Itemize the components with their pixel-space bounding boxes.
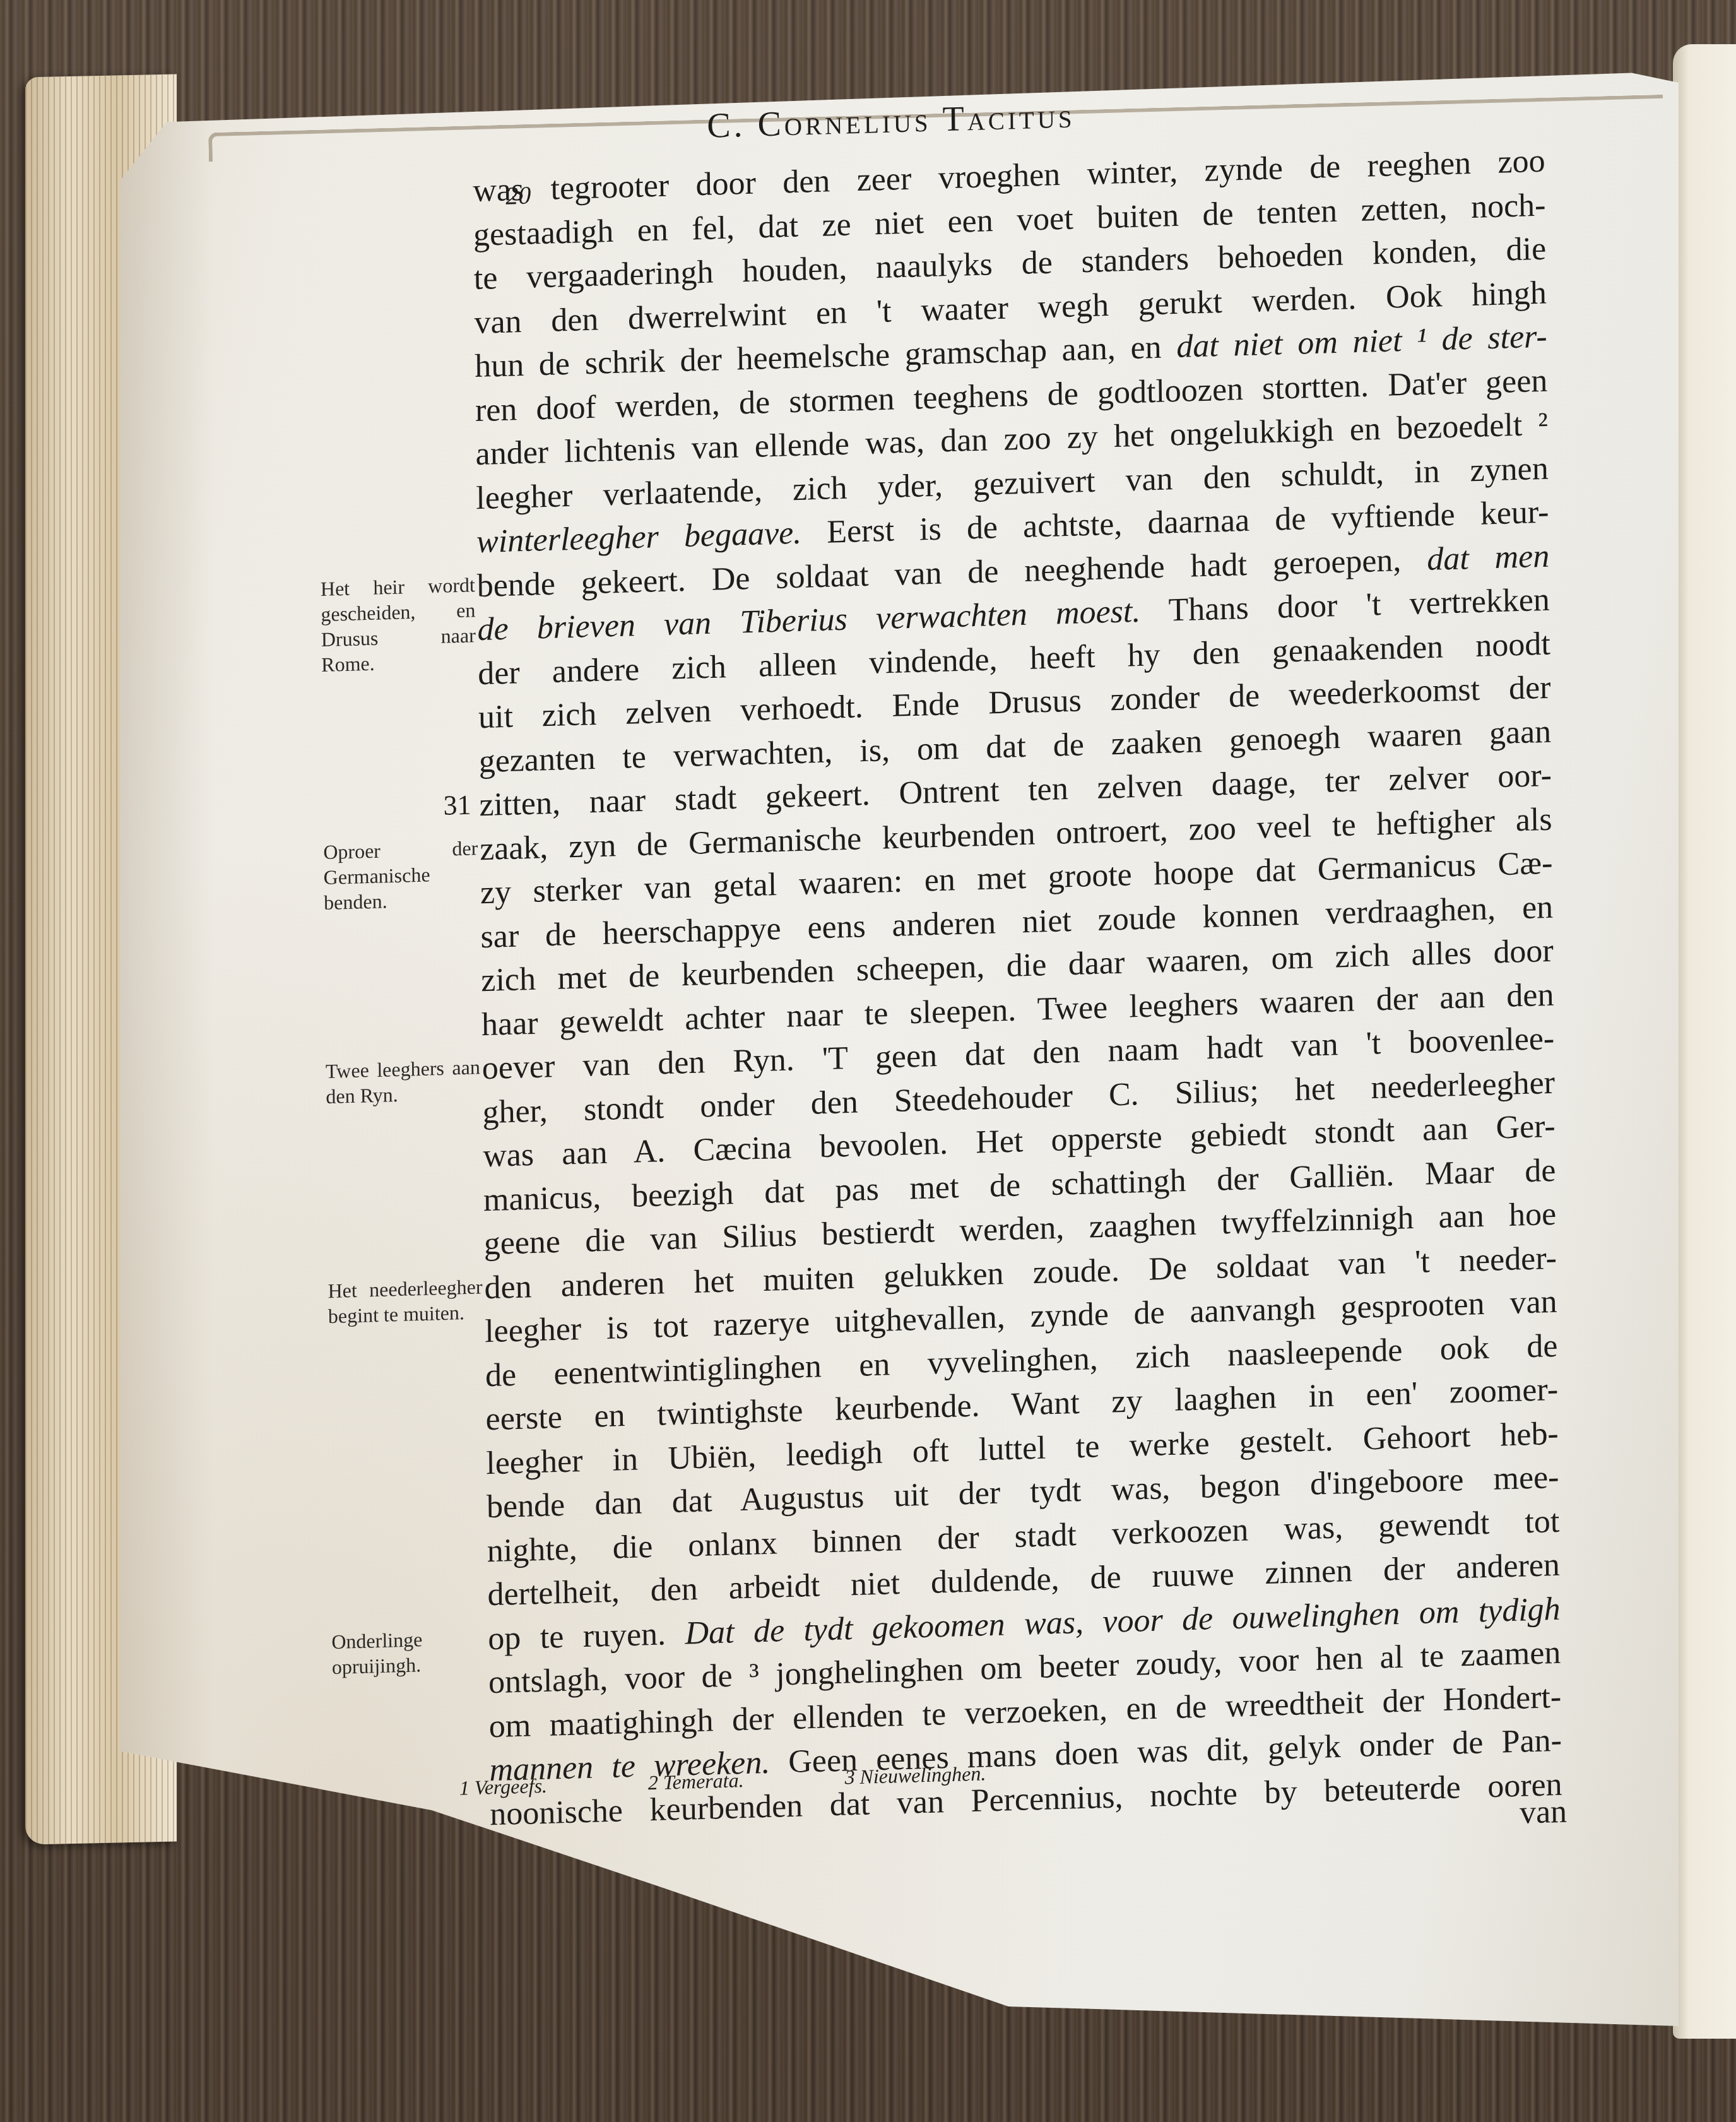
margin-note-two-camps: Twee leeghers aan den Ryn. bbox=[326, 1054, 481, 1109]
facing-page-edge bbox=[1673, 44, 1736, 2039]
italic-run: winterleegher begaave. bbox=[476, 515, 802, 560]
body-text: was tegrooter door den zeer vroeghen win… bbox=[473, 139, 1562, 1837]
margin-note-army-divided: Het heir wordt gescheiden, en Drusus naa… bbox=[321, 572, 476, 677]
roman-run: op te ruyen. bbox=[488, 1615, 685, 1657]
roman-run: Thans door 't vertrekken bbox=[1140, 582, 1550, 629]
italic-run: dat men bbox=[1427, 538, 1550, 577]
footnote-2: 2 Temerata. bbox=[648, 1769, 744, 1794]
catchword: van bbox=[1520, 1793, 1568, 1832]
margin-note-mutual-incitement: Onderlinge opruijingh. bbox=[331, 1625, 487, 1680]
margin-note-german-revolt: Oproer der Germanische benden. bbox=[323, 835, 478, 915]
footnote-3: 3 Nieuwelinghen. bbox=[844, 1762, 986, 1788]
section-number: 31 bbox=[443, 789, 471, 822]
margin-note-lower-camp-mutiny: Het neederleegher begint te muiten. bbox=[328, 1274, 483, 1329]
italic-run: dat niet om niet ¹ de ster- bbox=[1176, 319, 1547, 365]
footnote-1: 1 Vergeefs. bbox=[459, 1774, 548, 1799]
